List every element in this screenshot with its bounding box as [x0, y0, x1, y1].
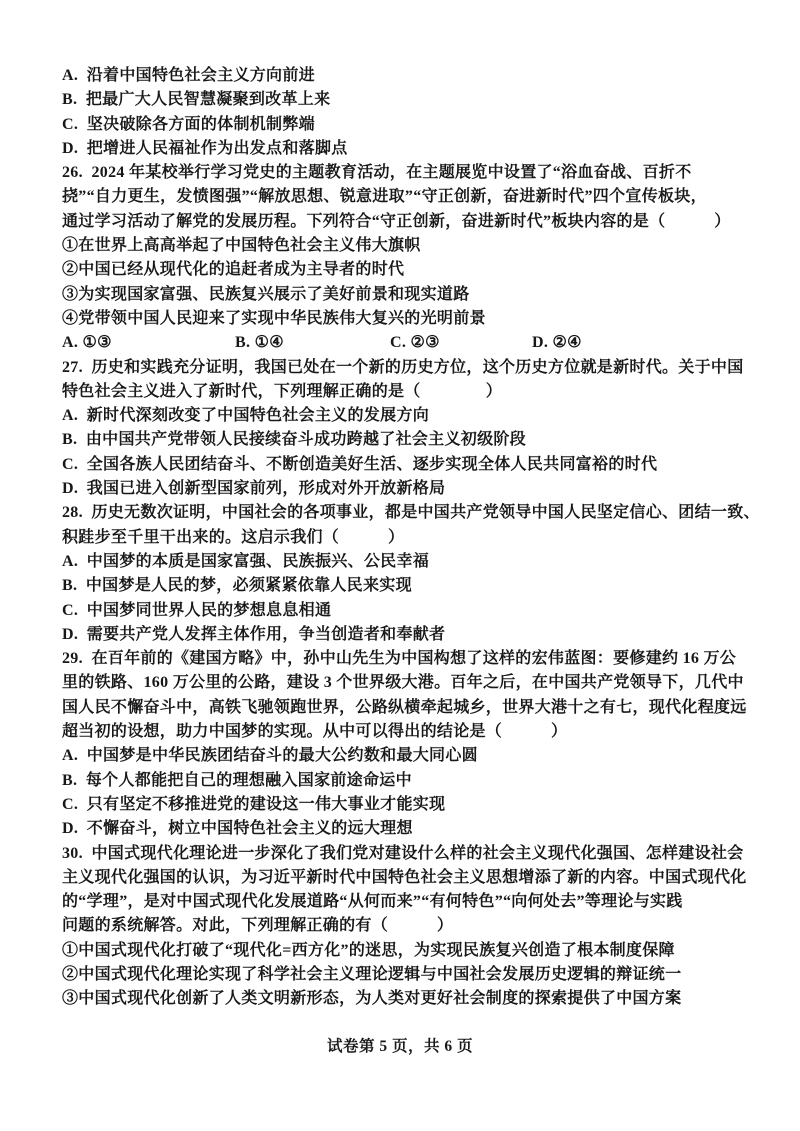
- question-29-block: 29. 在百年前的《建国方略》中，孙中山先生为中国构想了这样的宏伟蓝图：要修建约…: [62, 647, 750, 841]
- q25-option-b: B. 把最广大人民智慧凝聚到改革上来: [62, 88, 750, 112]
- q29-option-c: C. 只有坚定不移推进党的建设这一伟大事业才能实现: [62, 793, 750, 817]
- q30-stem-line-2: 主义现代化强国的认识，为习近平新时代中国特色社会主义思想增添了新的内容。中国式现…: [62, 866, 750, 890]
- q27-option-b: B. 由中国共产党带领人民接续奋斗成功跨越了社会主义初级阶段: [62, 428, 750, 452]
- q29-stem-line-3: 国人民不懈奋斗中，高铁飞驰领跑世界，公路纵横牵起城乡，世界大港十之有七，现代化程…: [62, 696, 750, 720]
- q26-stem-line-2: 挠”“自力更生，发愤图强”“解放思想、锐意进取”“守正创新，奋进新时代”四个宣传…: [62, 185, 750, 209]
- q26-choice-d: D. ②④: [532, 331, 582, 355]
- q30-stem-line-3: 的“学理”，是对中国式现代化发展道路“从何而来”“有何特色”“向何处去”等理论与…: [62, 890, 750, 914]
- q30-item-1: ①中国式现代化打破了“现代化=西方化”的迷思，为实现民族复兴创造了根本制度保障: [62, 939, 750, 963]
- question-28-block: 28. 历史无数次证明，中国社会的各项事业，都是中国共产党领导中国人民坚定信心、…: [62, 501, 750, 647]
- q27-stem-line-1: 27. 历史和实践充分证明，我国已处在一个新的历史方位，这个历史方位就是新时代。…: [62, 356, 750, 380]
- q26-choices-row: A. ①③ B. ①④ C. ②③ D. ②④: [62, 331, 750, 355]
- q29-stem-line-2: 里的铁路、160 万公里的公路，建设 3 个世界级大港。百年之后，在中国共产党领…: [62, 671, 750, 695]
- page-footer: 试卷第 5 页，共 6 页: [0, 1036, 800, 1058]
- page-number-text: 试卷第 5 页，共 6 页: [327, 1038, 473, 1055]
- q30-item-2: ②中国式现代化理论实现了科学社会主义理论逻辑与中国社会发展历史逻辑的辩证统一: [62, 963, 750, 987]
- questions-area: A. 沿着中国特色社会主义方向前进 B. 把最广大人民智慧凝聚到改革上来 C. …: [62, 64, 750, 1012]
- q28-stem-line-1: 28. 历史无数次证明，中国社会的各项事业，都是中国共产党领导中国人民坚定信心、…: [62, 501, 750, 525]
- q26-choice-c: C. ②③: [390, 331, 532, 355]
- q25-option-d: D. 把增进人民福祉作为出发点和落脚点: [62, 137, 750, 161]
- q29-option-a: A. 中国梦是中华民族团结奋斗的最大公约数和最大同心圆: [62, 744, 750, 768]
- q29-stem-line-4: 超当初的设想，助力中国梦的实现。从中可以得出的结论是（ ）: [62, 720, 750, 744]
- q28-option-b: B. 中国梦是人民的梦，必须紧紧依靠人民来实现: [62, 574, 750, 598]
- q30-stem-line-1: 30. 中国式现代化理论进一步深化了我们党对建设什么样的社会主义现代化强国、怎样…: [62, 842, 750, 866]
- q25-option-a: A. 沿着中国特色社会主义方向前进: [62, 64, 750, 88]
- q26-choice-b: B. ①④: [235, 331, 390, 355]
- q27-stem-line-2: 特色社会主义进入了新时代，下列理解正确的是（ ）: [62, 380, 750, 404]
- q29-option-b: B. 每个人都能把自己的理想融入国家前途命运中: [62, 769, 750, 793]
- q28-option-c: C. 中国梦同世界人民的梦想息息相通: [62, 599, 750, 623]
- q30-stem-line-4: 问题的系统解答。对此，下列理解正确的有（ ）: [62, 914, 750, 938]
- q29-stem-line-1: 29. 在百年前的《建国方略》中，孙中山先生为中国构想了这样的宏伟蓝图：要修建约…: [62, 647, 750, 671]
- q26-item-1: ①在世界上高高举起了中国特色社会主义伟大旗帜: [62, 234, 750, 258]
- q26-choice-a: A. ①③: [62, 331, 235, 355]
- q28-option-d: D. 需要共产党人发挥主体作用，争当创造者和奉献者: [62, 623, 750, 647]
- q25-option-c: C. 坚决破除各方面的体制机制弊端: [62, 113, 750, 137]
- q26-item-4: ④党带领中国人民迎来了实现中华民族伟大复兴的光明前景: [62, 307, 750, 331]
- q28-option-a: A. 中国梦的本质是国家富强、民族振兴、公民幸福: [62, 550, 750, 574]
- q26-stem-line-1: 26. 2024 年某校举行学习党史的主题教育活动，在主题展览中设置了“浴血奋战…: [62, 161, 750, 185]
- q27-option-d: D. 我国已进入创新型国家前列，形成对外开放新格局: [62, 477, 750, 501]
- question-30-block: 30. 中国式现代化理论进一步深化了我们党对建设什么样的社会主义现代化强国、怎样…: [62, 842, 750, 1012]
- q28-stem-line-2: 积跬步至千里干出来的。这启示我们（ ）: [62, 526, 750, 550]
- q27-option-c: C. 全国各族人民团结奋斗、不断创造美好生活、逐步实现全体人民共同富裕的时代: [62, 453, 750, 477]
- q27-option-a: A. 新时代深刻改变了中国特色社会主义的发展方向: [62, 404, 750, 428]
- question-27-block: 27. 历史和实践充分证明，我国已处在一个新的历史方位，这个历史方位就是新时代。…: [62, 356, 750, 502]
- q29-option-d: D. 不懈奋斗，树立中国特色社会主义的远大理想: [62, 817, 750, 841]
- exam-paper-page: A. 沿着中国特色社会主义方向前进 B. 把最广大人民智慧凝聚到改革上来 C. …: [0, 0, 800, 1131]
- question-25-options-block: A. 沿着中国特色社会主义方向前进 B. 把最广大人民智慧凝聚到改革上来 C. …: [62, 64, 750, 161]
- q26-stem-line-3: 通过学习活动了解党的发展历程。下列符合“守正创新，奋进新时代”板块内容的是（ ）: [62, 210, 750, 234]
- q26-item-3: ③为实现国家富强、民族复兴展示了美好前景和现实道路: [62, 283, 750, 307]
- q30-item-3: ③中国式现代化创新了人类文明新形态，为人类对更好社会制度的探索提供了中国方案: [62, 987, 750, 1011]
- question-26-block: 26. 2024 年某校举行学习党史的主题教育活动，在主题展览中设置了“浴血奋战…: [62, 161, 750, 355]
- q26-item-2: ②中国已经从现代化的追赶者成为主导者的时代: [62, 258, 750, 282]
